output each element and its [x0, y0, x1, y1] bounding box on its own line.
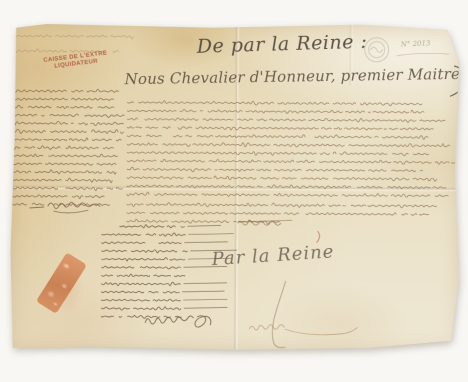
number-tail-stroke	[397, 50, 455, 60]
paper-sheet: De par la Reine : Nous Chevalier d'Honne…	[9, 22, 461, 352]
account-clerk-signature	[145, 313, 229, 337]
document-photo: De par la Reine : Nous Chevalier d'Honne…	[0, 0, 468, 382]
clerk-signature	[30, 194, 130, 219]
account-note-script	[101, 218, 246, 325]
struck-out-line	[238, 217, 300, 229]
main-body-script	[127, 94, 468, 204]
registry-number-annotation: N° 2013	[401, 39, 431, 48]
royal-signature-flourish	[239, 281, 309, 359]
manuscript-paper: De par la Reine : Nous Chevalier d'Honne…	[9, 22, 461, 352]
